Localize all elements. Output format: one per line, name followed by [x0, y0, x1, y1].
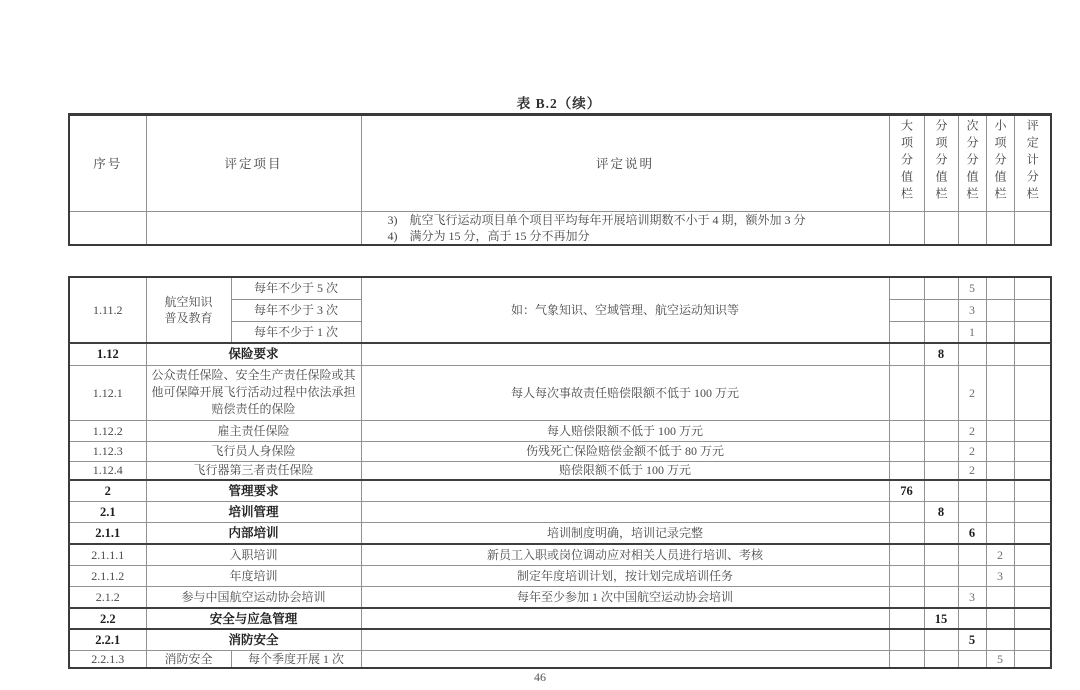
cell-small-score: 3 [986, 565, 1014, 586]
cell-serial: 2 [69, 480, 146, 501]
cell-item: 安全与应急管理 [146, 608, 361, 629]
cell-rating-score [1014, 365, 1051, 420]
cell-sub-score [924, 461, 958, 480]
cell-sub-score [924, 441, 958, 461]
cell-minor-score [958, 480, 986, 501]
cell-rating-score [1014, 565, 1051, 586]
cell-major-score [889, 212, 924, 246]
cell-serial: 2.2 [69, 608, 146, 629]
table-title: 表 B.2（续） [68, 92, 1050, 112]
evaluation-table-body: 1.11.2 航空知识普及教育 每年不少于 5 次 如：气象知识、空域管理、航空… [68, 276, 1052, 669]
cell-item: 培训管理 [146, 501, 361, 522]
cell-minor-score: 1 [958, 321, 986, 343]
cell-rating-score [1014, 212, 1051, 246]
cell-subitem: 每个季度开展 1 次 [231, 650, 361, 668]
table-row: 2 管理要求 76 [69, 480, 1051, 501]
cell-small-score [986, 321, 1014, 343]
cell-serial: 1.12.4 [69, 461, 146, 480]
cell-rating-score [1014, 277, 1051, 299]
cell-major-score [889, 343, 924, 365]
cell-description: 如：气象知识、空域管理、航空运动知识等 [361, 277, 889, 343]
cell-small-score [986, 608, 1014, 629]
header-minor-score: 次分分值栏 [958, 115, 986, 212]
cell-sub-score [924, 480, 958, 501]
cell-major-score [889, 544, 924, 565]
cell-rating-score [1014, 461, 1051, 480]
cell-small-score [986, 480, 1014, 501]
cell-rating-score [1014, 629, 1051, 650]
cell-rating-score [1014, 522, 1051, 544]
table-row: 1.12 保险要求 8 [69, 343, 1051, 365]
cell-item: 消防安全 [146, 629, 361, 650]
note-line: 4) 满分为 15 分，高于 15 分不再加分 [388, 228, 887, 244]
table-row: 1.12.2 雇主责任保险 每人赔偿限额不低于 100 万元 2 [69, 420, 1051, 441]
cell-major-score [889, 299, 924, 321]
cell-serial: 1.12 [69, 343, 146, 365]
cell-description [361, 629, 889, 650]
cell-description: 赔偿限额不低于 100 万元 [361, 461, 889, 480]
cell-item: 内部培训 [146, 522, 361, 544]
cell-sub-score [924, 650, 958, 668]
table-row: 2.1.1 内部培训 培训制度明确，培训记录完整 6 [69, 522, 1051, 544]
cell-sub-score [924, 565, 958, 586]
cell-sub-score [924, 299, 958, 321]
cell-rating-score [1014, 343, 1051, 365]
cell-minor-score [958, 544, 986, 565]
cell-minor-score: 5 [958, 629, 986, 650]
cell-major-score [889, 321, 924, 343]
cell-serial: 2.2.1.3 [69, 650, 146, 668]
header-minor-score-label: 次分分值栏 [964, 119, 980, 204]
cell-small-score [986, 522, 1014, 544]
cell-small-score [986, 501, 1014, 522]
cell-sub-score [924, 522, 958, 544]
header-sub-score: 分项分值栏 [924, 115, 958, 212]
cell-small-score [986, 441, 1014, 461]
cell-serial: 1.12.2 [69, 420, 146, 441]
cell-small-score [986, 212, 1014, 246]
cell-rating-score [1014, 650, 1051, 668]
cell-rating-score [1014, 441, 1051, 461]
cell-item: 航空知识普及教育 [146, 277, 231, 343]
page-number: 46 [0, 670, 1080, 685]
cell-item: 飞行器第三者责任保险 [146, 461, 361, 480]
header-item: 评定项目 [146, 115, 361, 212]
cell-major-score: 76 [889, 480, 924, 501]
cell-item: 保险要求 [146, 343, 361, 365]
cell-small-score [986, 299, 1014, 321]
cell-major-score [889, 365, 924, 420]
cell-minor-score: 2 [958, 365, 986, 420]
cell-major-score [889, 461, 924, 480]
cell-sub-score [924, 629, 958, 650]
continuation-notes: 3) 航空飞行运动项目单个项目平均每年开展培训期数不小于 4 期，额外加 3 分… [361, 212, 889, 246]
cell-sub-score [924, 586, 958, 608]
cell-minor-score [958, 608, 986, 629]
cell-small-score: 2 [986, 544, 1014, 565]
cell-serial: 1.12.1 [69, 365, 146, 420]
evaluation-table-header: 序号 评定项目 评定说明 大项分值栏 分项分值栏 次分分值栏 小项分值栏 评定计… [68, 113, 1052, 246]
cell-major-score [889, 608, 924, 629]
cell-description [361, 480, 889, 501]
table-row: 2.1 培训管理 8 [69, 501, 1051, 522]
cell-serial: 2.1.1 [69, 522, 146, 544]
cell-description [361, 650, 889, 668]
cell-major-score [889, 522, 924, 544]
cell-serial: 2.1.1.1 [69, 544, 146, 565]
cell-subitem: 每年不少于 3 次 [231, 299, 361, 321]
cell-minor-score [958, 343, 986, 365]
cell-serial: 2.1.1.2 [69, 565, 146, 586]
cell-item: 年度培训 [146, 565, 361, 586]
header-major-score-label: 大项分值栏 [899, 119, 915, 204]
header-sub-score-label: 分项分值栏 [933, 119, 949, 204]
cell-subitem: 每年不少于 5 次 [231, 277, 361, 299]
cell-rating-score [1014, 321, 1051, 343]
cell-small-score [986, 586, 1014, 608]
cell-description: 新员工入职或岗位调动应对相关人员进行培训、考核 [361, 544, 889, 565]
cell-minor-score [958, 501, 986, 522]
header-serial: 序号 [69, 115, 146, 212]
cell-minor-score [958, 565, 986, 586]
table-row: 2.2.1 消防安全 5 [69, 629, 1051, 650]
table-row: 1.11.2 航空知识普及教育 每年不少于 5 次 如：气象知识、空域管理、航空… [69, 277, 1051, 299]
cell-sub-score: 8 [924, 501, 958, 522]
table-row: 1.12.4 飞行器第三者责任保险 赔偿限额不低于 100 万元 2 [69, 461, 1051, 480]
table-row: 1.12.3 飞行员人身保险 伤残死亡保险赔偿金额不低于 80 万元 2 [69, 441, 1051, 461]
cell-item [146, 212, 361, 246]
note-line: 3) 航空飞行运动项目单个项目平均每年开展培训期数不小于 4 期，额外加 3 分 [388, 212, 887, 228]
cell-small-score [986, 629, 1014, 650]
cell-major-score [889, 277, 924, 299]
cell-item: 飞行员人身保险 [146, 441, 361, 461]
cell-rating-score [1014, 544, 1051, 565]
cell-rating-score [1014, 480, 1051, 501]
header-row: 序号 评定项目 评定说明 大项分值栏 分项分值栏 次分分值栏 小项分值栏 评定计… [69, 115, 1051, 212]
notes-row: 3) 航空飞行运动项目单个项目平均每年开展培训期数不小于 4 期，额外加 3 分… [69, 212, 1051, 246]
cell-major-score [889, 650, 924, 668]
header-rating-score-label: 评定计分栏 [1024, 119, 1040, 204]
cell-description [361, 608, 889, 629]
header-rating-score: 评定计分栏 [1014, 115, 1051, 212]
cell-minor-score: 3 [958, 299, 986, 321]
table-row: 2.1.2 参与中国航空运动协会培训 每年至少参加 1 次中国航空运动协会培训 … [69, 586, 1051, 608]
cell-minor-score [958, 650, 986, 668]
cell-rating-score [1014, 299, 1051, 321]
cell-item: 入职培训 [146, 544, 361, 565]
cell-major-score [889, 420, 924, 441]
cell-rating-score [1014, 501, 1051, 522]
cell-sub-score: 8 [924, 343, 958, 365]
cell-item: 参与中国航空运动协会培训 [146, 586, 361, 608]
cell-description: 制定年度培训计划，按计划完成培训任务 [361, 565, 889, 586]
cell-sub-score [924, 212, 958, 246]
cell-item: 消防安全 [146, 650, 231, 668]
cell-rating-score [1014, 586, 1051, 608]
table-row: 2.2 安全与应急管理 15 [69, 608, 1051, 629]
cell-sub-score [924, 365, 958, 420]
table-row: 2.1.1.1 入职培训 新员工入职或岗位调动应对相关人员进行培训、考核 2 [69, 544, 1051, 565]
cell-item: 管理要求 [146, 480, 361, 501]
table-row: 2.2.1.3 消防安全 每个季度开展 1 次 5 [69, 650, 1051, 668]
cell-description: 每人每次事故责任赔偿限额不低于 100 万元 [361, 365, 889, 420]
header-description: 评定说明 [361, 115, 889, 212]
cell-sub-score [924, 277, 958, 299]
cell-description: 每年至少参加 1 次中国航空运动协会培训 [361, 586, 889, 608]
cell-description [361, 501, 889, 522]
cell-rating-score [1014, 420, 1051, 441]
cell-item: 雇主责任保险 [146, 420, 361, 441]
cell-major-score [889, 501, 924, 522]
cell-minor-score: 5 [958, 277, 986, 299]
cell-serial [69, 212, 146, 246]
cell-minor-score: 6 [958, 522, 986, 544]
cell-rating-score [1014, 608, 1051, 629]
cell-small-score: 5 [986, 650, 1014, 668]
cell-major-score [889, 629, 924, 650]
cell-serial: 2.1.2 [69, 586, 146, 608]
cell-description: 伤残死亡保险赔偿金额不低于 80 万元 [361, 441, 889, 461]
cell-small-score [986, 343, 1014, 365]
cell-small-score [986, 461, 1014, 480]
cell-item: 公众责任保险、安全生产责任保险或其他可保障开展飞行活动过程中依法承担赔偿责任的保… [146, 365, 361, 420]
cell-sub-score: 15 [924, 608, 958, 629]
cell-major-score [889, 565, 924, 586]
cell-description: 每人赔偿限额不低于 100 万元 [361, 420, 889, 441]
cell-minor-score: 3 [958, 586, 986, 608]
header-major-score: 大项分值栏 [889, 115, 924, 212]
cell-minor-score: 2 [958, 441, 986, 461]
cell-major-score [889, 441, 924, 461]
table-row: 2.1.1.2 年度培训 制定年度培训计划，按计划完成培训任务 3 [69, 565, 1051, 586]
cell-major-score [889, 586, 924, 608]
cell-small-score [986, 277, 1014, 299]
cell-small-score [986, 420, 1014, 441]
header-small-score: 小项分值栏 [986, 115, 1014, 212]
cell-sub-score [924, 420, 958, 441]
cell-serial: 2.2.1 [69, 629, 146, 650]
cell-small-score [986, 365, 1014, 420]
cell-serial: 2.1 [69, 501, 146, 522]
cell-minor-score [958, 212, 986, 246]
cell-sub-score [924, 321, 958, 343]
cell-serial: 1.11.2 [69, 277, 146, 343]
cell-description [361, 343, 889, 365]
cell-subitem: 每年不少于 1 次 [231, 321, 361, 343]
cell-minor-score: 2 [958, 420, 986, 441]
header-small-score-label: 小项分值栏 [992, 119, 1008, 204]
cell-description: 培训制度明确，培训记录完整 [361, 522, 889, 544]
cell-serial: 1.12.3 [69, 441, 146, 461]
table-row: 1.12.1 公众责任保险、安全生产责任保险或其他可保障开展飞行活动过程中依法承… [69, 365, 1051, 420]
cell-sub-score [924, 544, 958, 565]
cell-minor-score: 2 [958, 461, 986, 480]
